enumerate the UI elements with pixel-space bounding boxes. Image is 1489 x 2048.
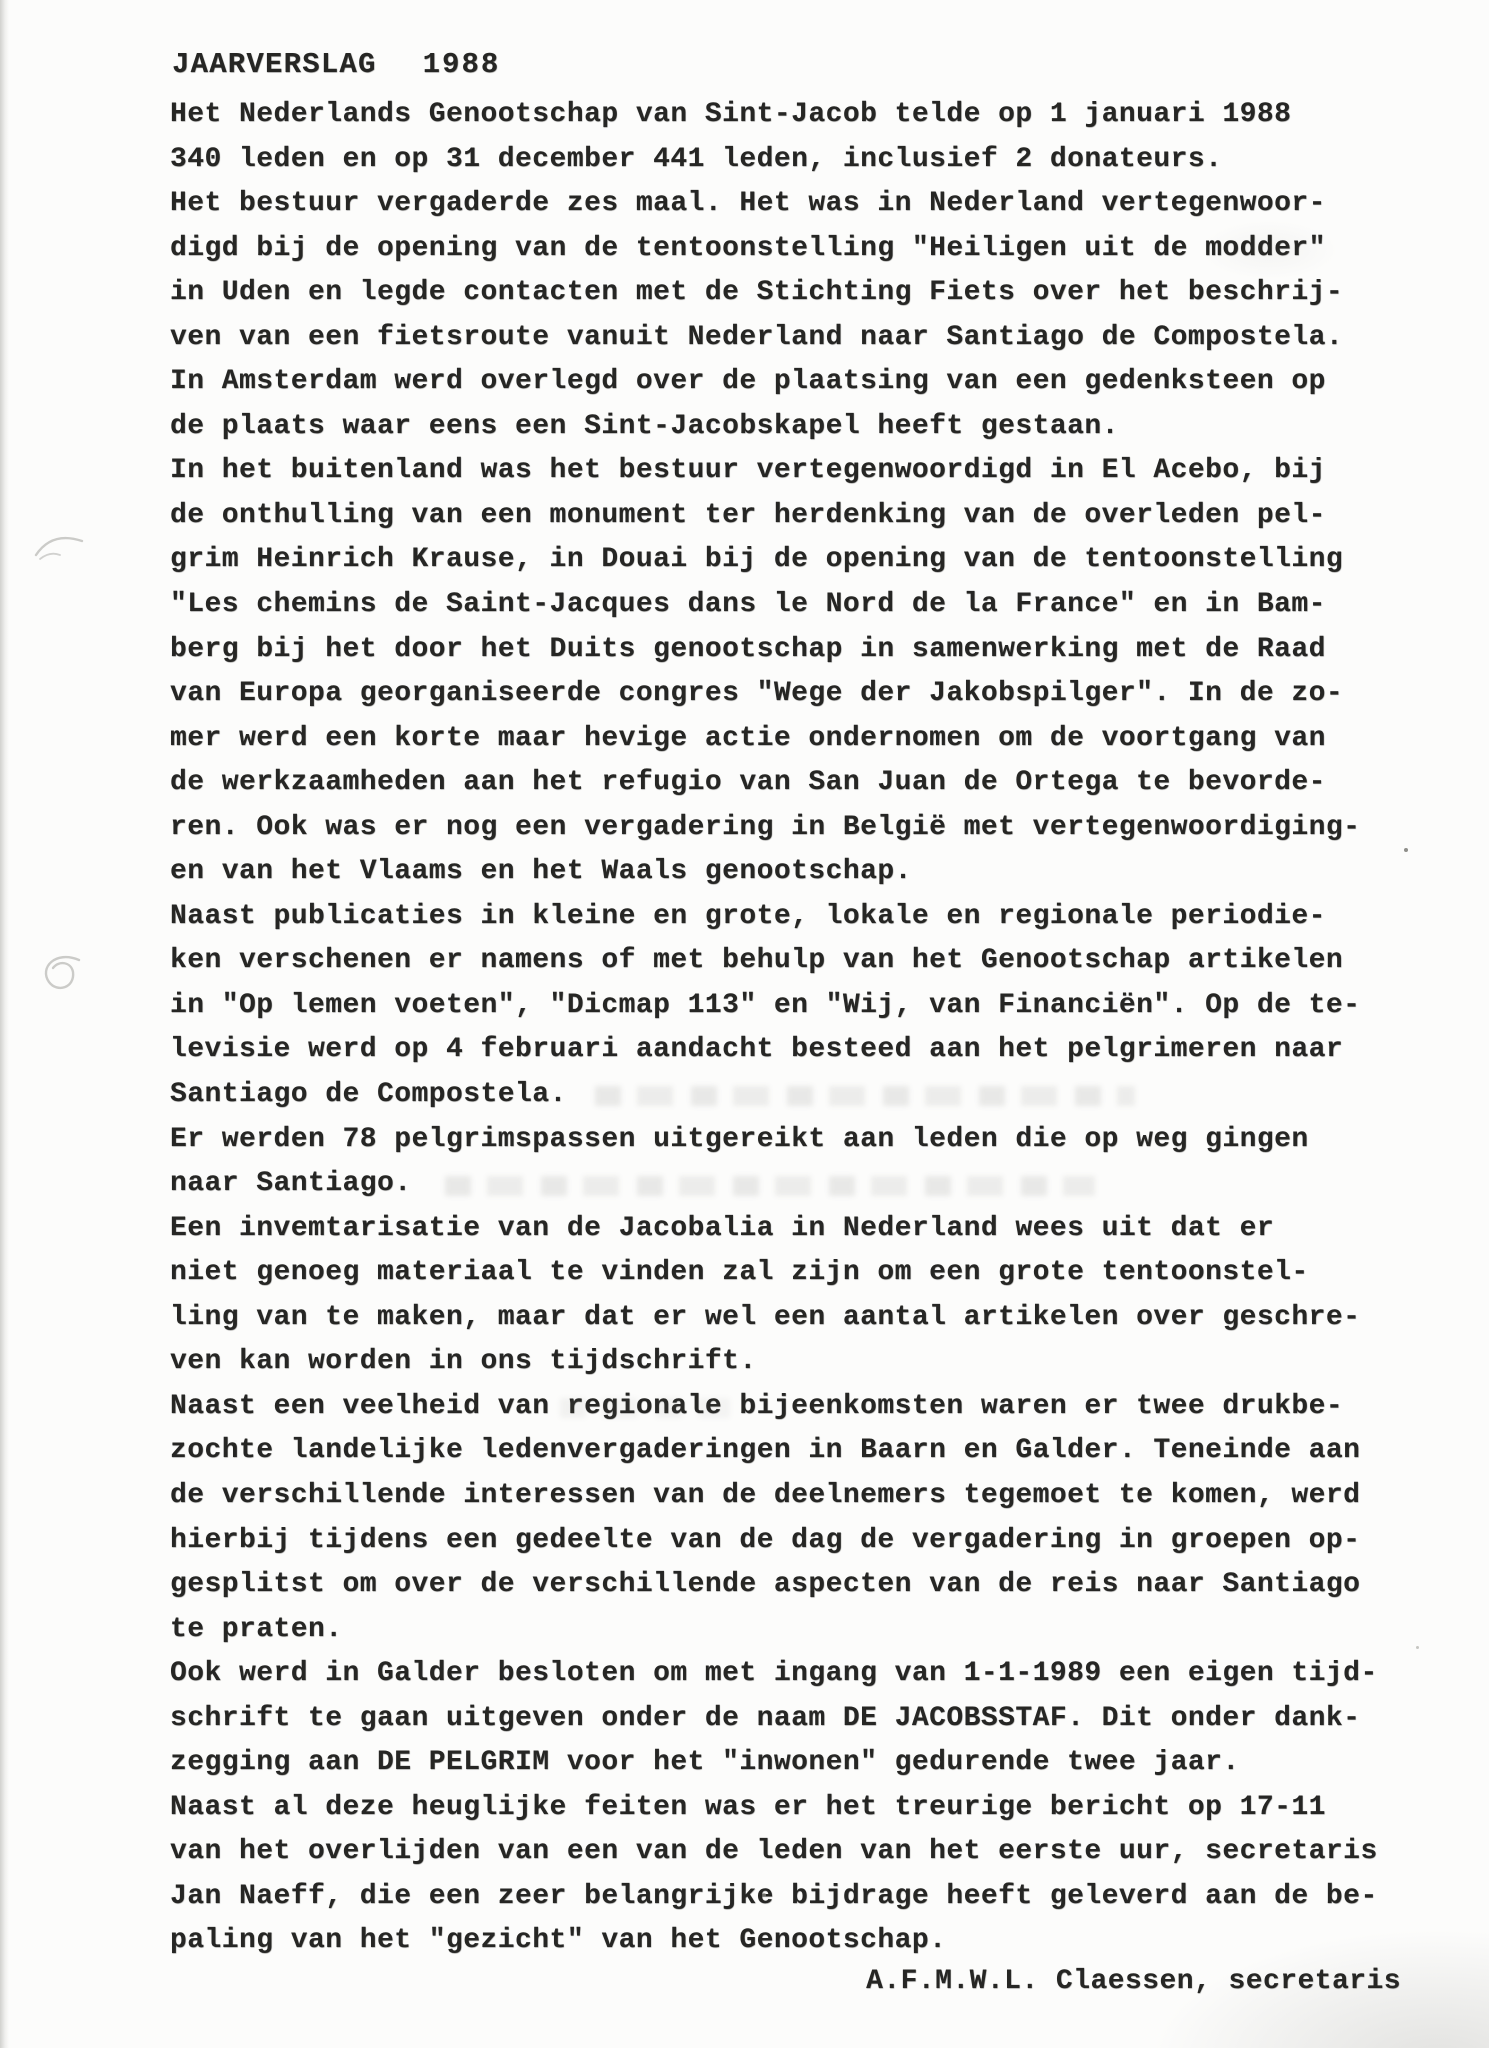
pencil-mark <box>30 525 100 570</box>
ink-speck <box>1416 1646 1419 1649</box>
text-line: gesplitst om over de verschillende aspec… <box>170 1563 1429 1608</box>
text-line: grim Heinrich Krause, in Douai bij de op… <box>170 538 1429 583</box>
scan-edge-artifact <box>0 0 9 2048</box>
page-title: JAARVERSLAG1988 <box>172 48 500 81</box>
text-line: ven van een fietsroute vanuit Nederland … <box>170 316 1429 361</box>
scanned-document-page: JAARVERSLAG1988 Het Nederlands Genootsch… <box>0 0 1489 2048</box>
text-line: digd bij de opening van de tentoonstelli… <box>170 227 1429 272</box>
text-line: Naast al deze heuglijke feiten was er he… <box>170 1786 1429 1831</box>
ink-speck <box>762 1893 766 1897</box>
text-line: ven kan worden in ons tijdschrift. <box>170 1340 1429 1385</box>
text-line: hierbij tijdens een gedeelte van de dag … <box>170 1519 1429 1564</box>
text-line: en van het Vlaams en het Waals genootsch… <box>170 850 1429 895</box>
text-line: Een invemtarisatie van de Jacobalia in N… <box>170 1207 1429 1252</box>
text-line: de onthulling van een monument ter herde… <box>170 494 1429 539</box>
text-line: ken verschenen er namens of met behulp v… <box>170 939 1429 984</box>
text-line: te praten. <box>170 1608 1429 1653</box>
text-line: niet genoeg materiaal te vinden zal zijn… <box>170 1251 1429 1296</box>
text-line: Jan Naeff, die een zeer belangrijke bijd… <box>170 1875 1429 1920</box>
text-line: de plaats waar eens een Sint-Jacobskapel… <box>170 405 1429 450</box>
text-line: Het Nederlands Genootschap van Sint-Jaco… <box>170 93 1429 138</box>
text-line: paling van het "gezicht" van het Genoots… <box>170 1919 1429 1964</box>
text-line: in "Op lemen voeten", "Dicmap 113" en "W… <box>170 984 1429 1029</box>
text-line: levisie werd op 4 februari aandacht best… <box>170 1028 1429 1073</box>
text-line: Het bestuur vergaderde zes maal. Het was… <box>170 182 1429 227</box>
text-line: de werkzaamheden aan het refugio van San… <box>170 761 1429 806</box>
signature-line: A.F.M.W.L. Claessen, secretaris <box>866 1966 1401 1997</box>
text-line: zegging aan DE PELGRIM voor het "inwonen… <box>170 1741 1429 1786</box>
text-line: Er werden 78 pelgrimspassen uitgereikt a… <box>170 1118 1429 1163</box>
text-line: berg bij het door het Duits genootschap … <box>170 628 1429 673</box>
text-line: 340 leden en op 31 december 441 leden, i… <box>170 138 1429 183</box>
pencil-mark <box>35 950 105 1000</box>
text-line: de verschillende interessen van de deeln… <box>170 1474 1429 1519</box>
bleedthrough-text <box>445 1176 1095 1196</box>
text-line: in Uden en legde contacten met de Sticht… <box>170 271 1429 316</box>
text-line: schrift te gaan uitgeven onder de naam D… <box>170 1697 1429 1742</box>
document-body: Het Nederlands Genootschap van Sint-Jaco… <box>170 93 1429 1964</box>
text-line: Naast publicaties in kleine en grote, lo… <box>170 895 1429 940</box>
text-line: ling van te maken, maar dat er wel een a… <box>170 1296 1429 1341</box>
text-line: ren. Ook was er nog een vergadering in B… <box>170 806 1429 851</box>
text-line: In Amsterdam werd overlegd over de plaat… <box>170 360 1429 405</box>
text-line: Ook werd in Galder besloten om met ingan… <box>170 1652 1429 1697</box>
text-line: Naast een veelheid van regionale bijeenk… <box>170 1385 1429 1430</box>
title-year: 1988 <box>423 48 501 81</box>
text-line: zochte landelijke ledenvergaderingen in … <box>170 1429 1429 1474</box>
text-line: mer werd een korte maar hevige actie ond… <box>170 717 1429 762</box>
ink-speck <box>1404 848 1408 852</box>
bleedthrough-text <box>595 1086 1135 1106</box>
text-line: van Europa georganiseerde congres "Wege … <box>170 672 1429 717</box>
text-line: In het buitenland was het bestuur verteg… <box>170 449 1429 494</box>
title-label: JAARVERSLAG <box>172 48 377 81</box>
bleedthrough-text <box>560 1398 730 1418</box>
text-line: van het overlijden van een van de leden … <box>170 1830 1429 1875</box>
text-line: "Les chemins de Saint-Jacques dans le No… <box>170 583 1429 628</box>
